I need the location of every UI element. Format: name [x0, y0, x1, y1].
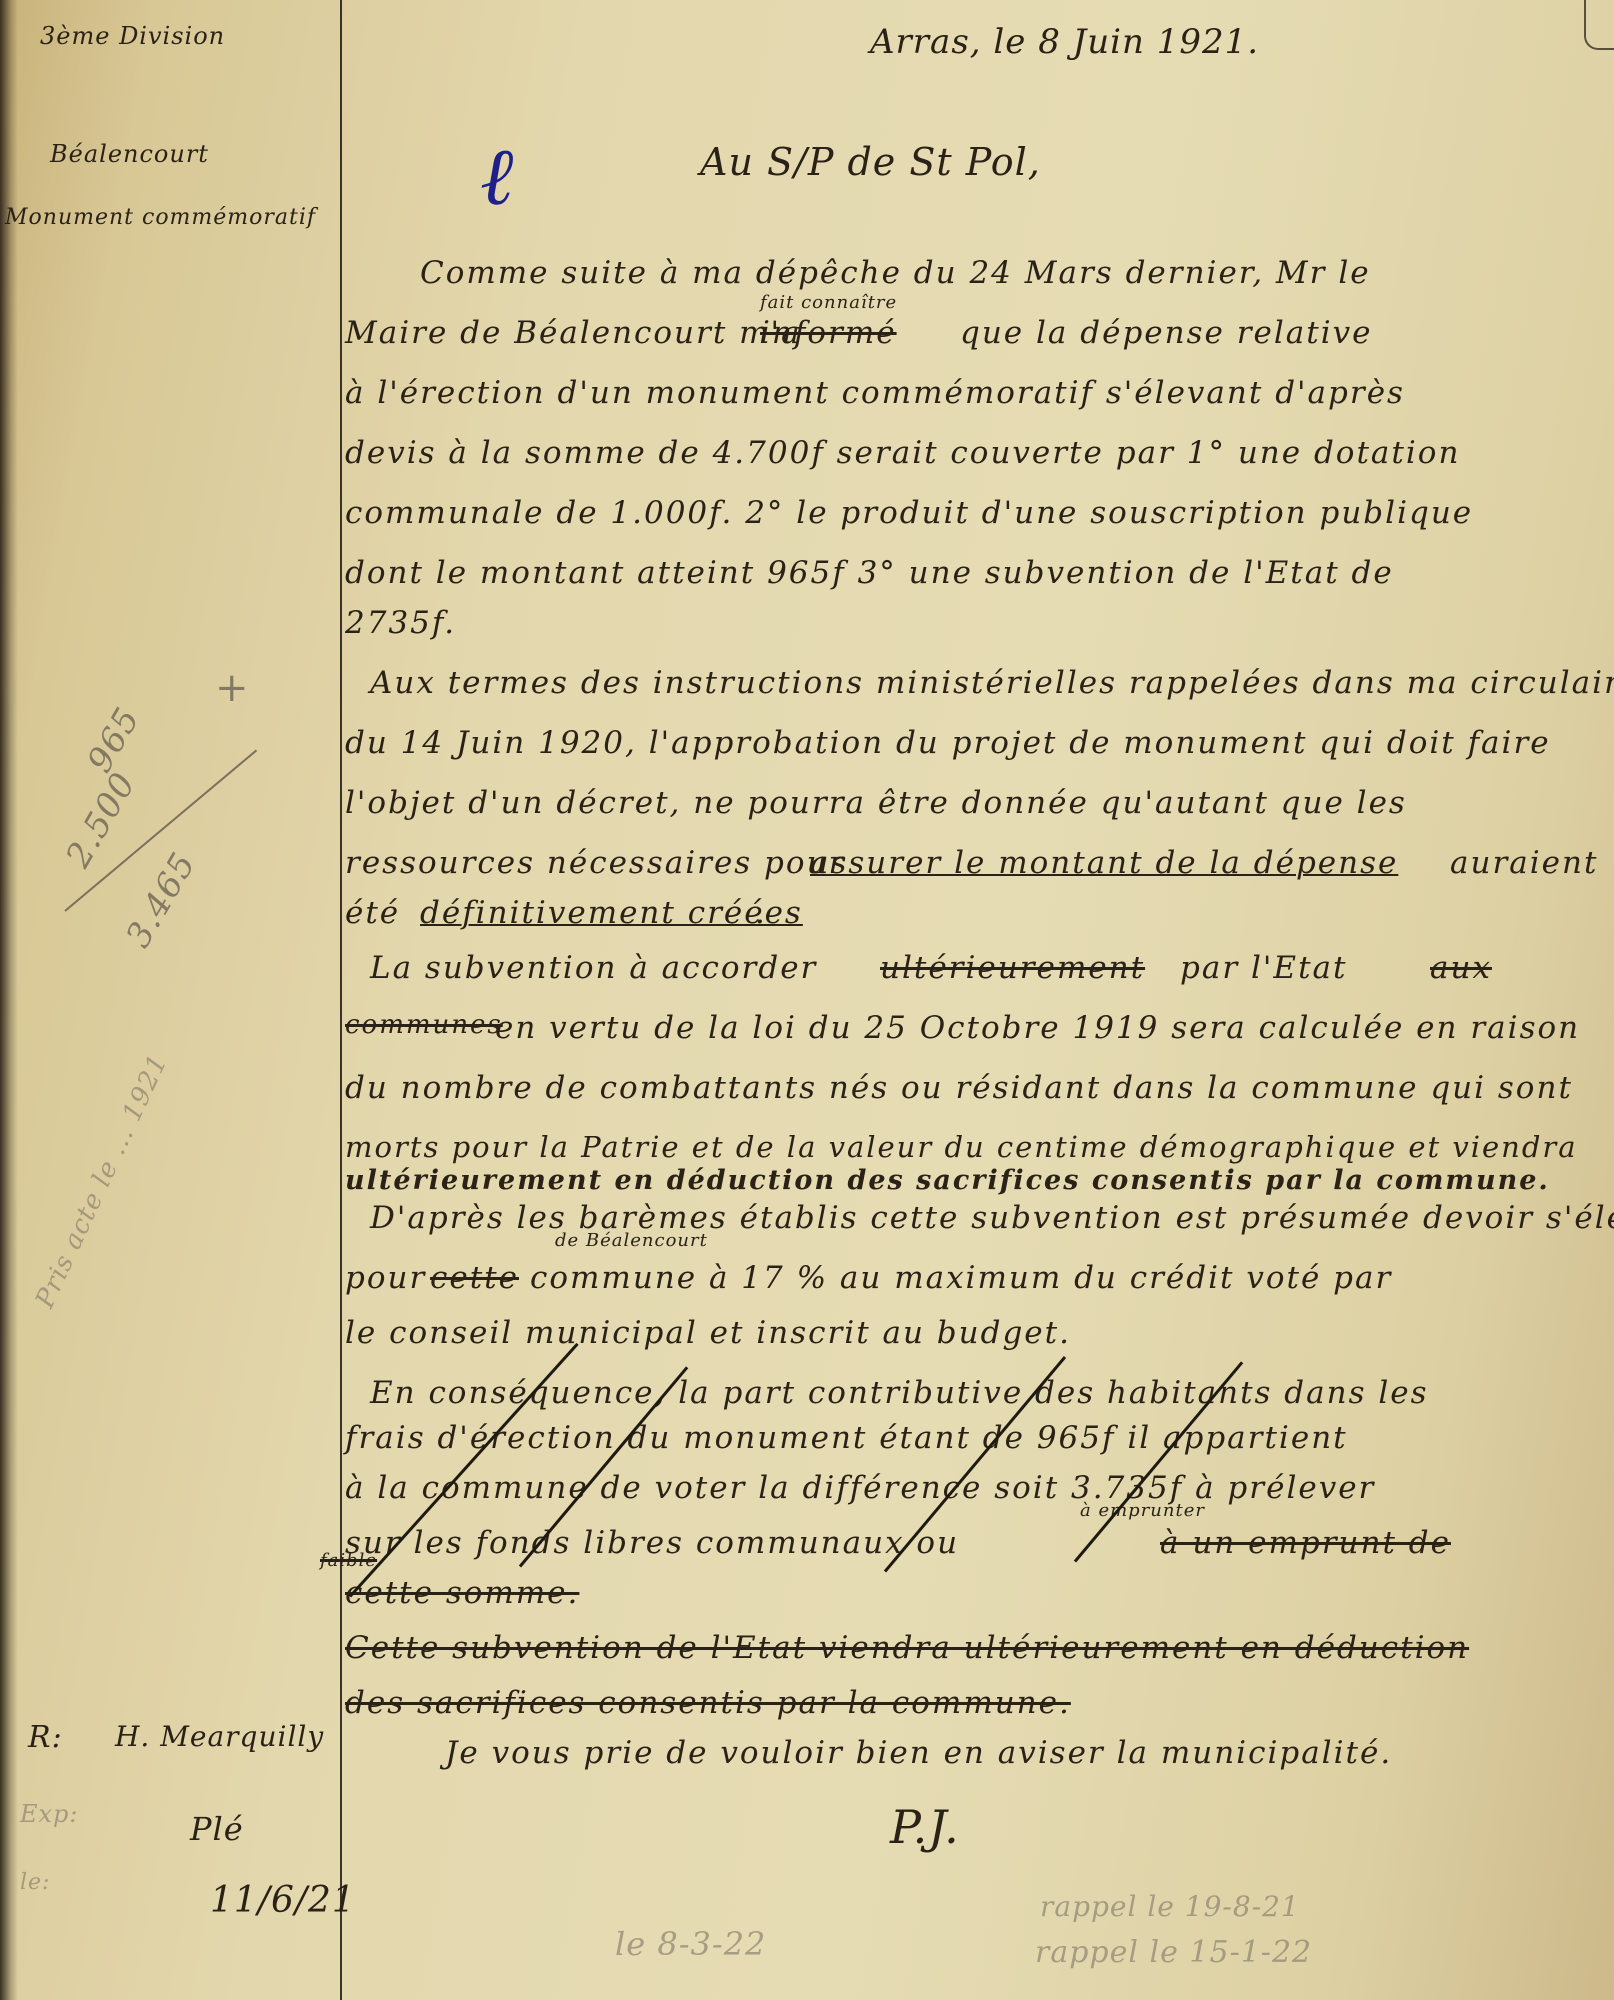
- p2-line-4: ressources nécessaires pour: [345, 845, 845, 881]
- p4-line-2: pour: [345, 1260, 426, 1296]
- le-value: 11/6/21: [210, 1880, 356, 1921]
- p2-line-4b: auraient: [1450, 845, 1598, 881]
- p3-struck-3: communes: [345, 1010, 503, 1040]
- p4-struck: cette: [430, 1260, 519, 1296]
- p4-line-2b: commune à 17 % au maximum du crédit voté…: [530, 1260, 1392, 1296]
- p6-line-2: des sacrifices consentis par la commune.: [345, 1685, 1071, 1721]
- p3-line-4: morts pour la Patrie et de la valeur du …: [345, 1130, 1578, 1164]
- p1-insertion: fait connaître: [760, 292, 897, 313]
- p1-line-6: dont le montant atteint 965f 3° une subv…: [345, 555, 1394, 591]
- r-value: H. Mearquilly: [115, 1720, 324, 1753]
- p1-line-2: Maire de Béalencourt m'a: [345, 315, 802, 351]
- p1-struck: informé: [760, 315, 897, 351]
- place-date: Arras, le 8 Juin 1921.: [870, 22, 1259, 62]
- commune-label: Béalencourt: [50, 140, 209, 168]
- division-label: 3ème Division: [40, 22, 225, 50]
- blue-paraph-mark: ℓ: [480, 130, 514, 224]
- p2-line-5: été: [345, 895, 400, 931]
- p3-line-5-added: ultérieurement en déduction des sacrific…: [345, 1165, 1550, 1196]
- p2-underlined-1: assurer le montant de la dépense: [810, 845, 1398, 881]
- corner-mark: [1584, 0, 1614, 50]
- p1-line-2b: que la dépense relative: [960, 315, 1373, 351]
- p3-line-2: en vertu de la loi du 25 Octobre 1919 se…: [495, 1010, 1580, 1046]
- p2-line-2: du 14 Juin 1920, l'approbation du projet…: [345, 725, 1551, 761]
- footer-left-note: le 8-3-22: [615, 1925, 766, 1963]
- p3-struck-1: ultérieurement: [880, 950, 1145, 986]
- p5-insertion: à emprunter: [1080, 1500, 1205, 1521]
- p3-line-1: La subvention à accorder: [370, 950, 817, 986]
- p1-line-1: Comme suite à ma dépêche du 24 Mars dern…: [420, 255, 1371, 291]
- p6-line-1: Cette subvention de l'Etat viendra ultér…: [345, 1630, 1469, 1666]
- margin-calc-2: 2.500: [58, 766, 144, 875]
- p2-line-5b: .: [755, 895, 767, 931]
- footer-rappel-2: rappel le 15-1-22: [1035, 1935, 1312, 1970]
- margin-calc-mark: +: [215, 665, 250, 711]
- p1-line-3: à l'érection d'un monument commémoratif …: [345, 375, 1405, 411]
- p2-underlined-2: définitivement créées: [420, 895, 803, 931]
- p3-line-1b: par l'Etat: [1180, 950, 1347, 986]
- subject-label: Monument commémoratif: [5, 205, 316, 230]
- p4-insertion: de Béalencourt: [555, 1230, 708, 1251]
- p4-line-3: le conseil municipal et inscrit au budge…: [345, 1315, 1071, 1351]
- p1-line-5: communale de 1.000f. 2° le produit d'une…: [345, 495, 1473, 531]
- p3-line-3: du nombre de combattants nés ou résidant…: [345, 1070, 1573, 1106]
- p5-line-4: sur les fonds libres communaux ou: [345, 1525, 959, 1561]
- exp-label: Exp:: [20, 1800, 79, 1828]
- le-label: le:: [20, 1870, 50, 1895]
- p3-struck-2: aux: [1430, 950, 1492, 986]
- p1-line-4: devis à la somme de 4.700f serait couver…: [345, 435, 1460, 471]
- recipient: Au S/P de St Pol,: [700, 140, 1041, 184]
- margin-calc-3: 3.465: [118, 846, 204, 955]
- p5-line-1: En conséquence, la part contributive des…: [370, 1375, 1429, 1411]
- margin-rule: [340, 0, 342, 2000]
- p2-line-3: l'objet d'un décret, ne pourra être donn…: [345, 785, 1407, 821]
- p5-margin-word: faible: [320, 1550, 377, 1571]
- closing-line: Je vous prie de vouloir bien en aviser l…: [445, 1735, 1392, 1771]
- r-label: R:: [28, 1720, 63, 1755]
- p1-line-7: 2735f.: [345, 605, 456, 641]
- p5-line-3: à la commune de voter la différence soit…: [345, 1470, 1375, 1506]
- exp-value: Plé: [190, 1810, 244, 1848]
- initials-signature: P.J.: [890, 1800, 960, 1854]
- margin-pencil-note: Pris acte le ... 1921: [30, 1050, 174, 1313]
- p2-line-1: Aux termes des instructions ministériell…: [370, 665, 1614, 701]
- footer-rappel-1: rappel le 19-8-21: [1040, 1890, 1300, 1923]
- page-edge-shadow: [0, 0, 18, 2000]
- p5-last: cette somme.: [345, 1575, 579, 1611]
- p5-line-4b: à un emprunt de: [1160, 1525, 1451, 1561]
- p5-line-2: frais d'érection du monument étant de 96…: [345, 1420, 1348, 1456]
